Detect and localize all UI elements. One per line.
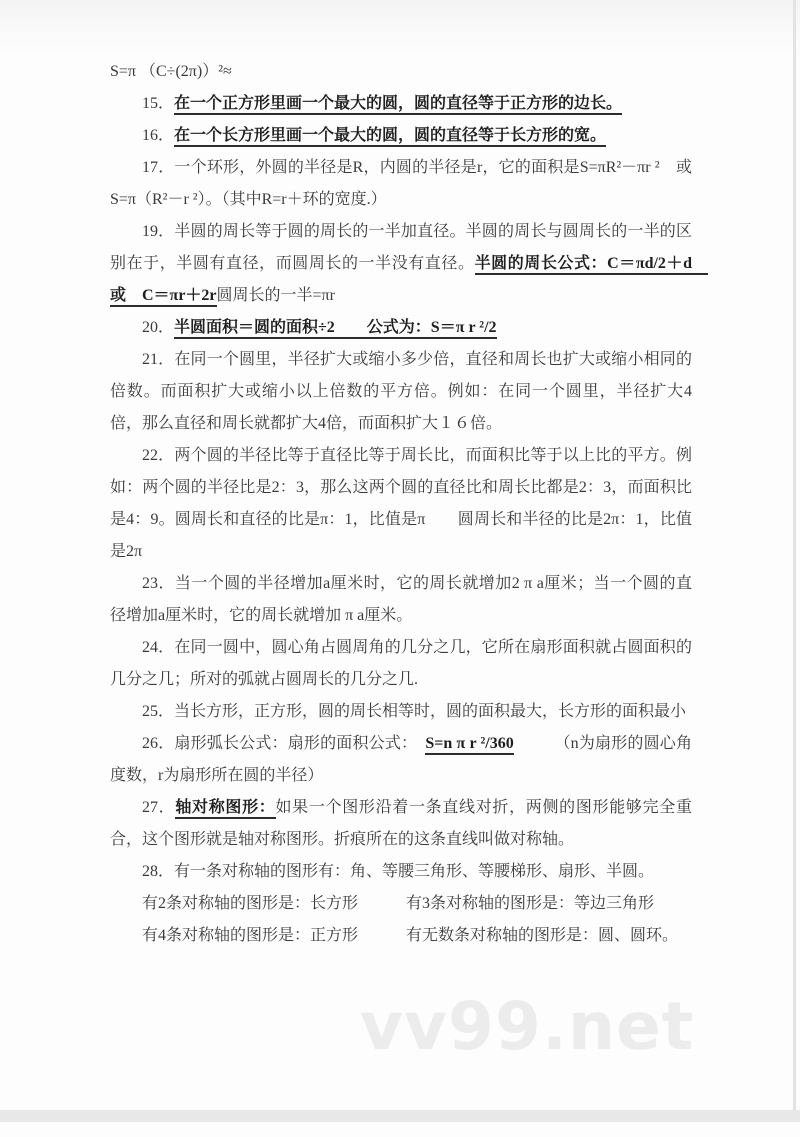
scan-top-shadow [0, 0, 800, 54]
text-segment: 轴对称图形： [175, 799, 275, 819]
paragraph: 21．在同一个圆里，半径扩大或缩小多少倍，直径和周长也扩大或缩小相同的倍数。而面… [110, 344, 692, 440]
text-segment: 24．在同一圆中，圆心角占圆周角的几分之几，它所在扇形面积就占圆面积的几分之几；… [110, 639, 692, 688]
paragraph: 23．当一个圆的半径增加a厘米时，它的周长就增加2 π a厘米；当一个圆的直径增… [110, 568, 692, 632]
text-segment: 在一个长方形里画一个最大的圆，圆的直径等于长方形的宽。 [174, 127, 606, 147]
text-segment: 16． [142, 127, 174, 144]
paragraph: 20．半圆面积＝圆的面积÷2 公式为：S＝π r ²/2 [110, 312, 692, 344]
paragraph: 19．半圆的周长等于圆的周长的一半加直径。半圆的周长与圆周长的一半的区别在于，半… [110, 216, 692, 312]
scan-bottom-band [0, 1110, 800, 1122]
watermark: vv99.net [360, 988, 694, 1065]
text-segment: 28．有一条对称轴的图形有：角、等腰三角形、等腰梯形、扇形、半圆。 [142, 863, 654, 880]
text-segment: 在一个正方形里画一个最大的圆，圆的直径等于正方形的边长。 [174, 95, 622, 115]
paragraph: 28．有一条对称轴的图形有：角、等腰三角形、等腰梯形、扇形、半圆。 [110, 856, 692, 888]
document-body: S=π （C÷(2π)）²≈15．在一个正方形里画一个最大的圆，圆的直径等于正方… [110, 56, 692, 952]
text-segment: 15． [142, 95, 174, 112]
text-segment: 半圆面积＝圆的面积÷2 公式为：S＝π r ²/2 [174, 319, 497, 339]
text-segment: 21．在同一个圆里，半径扩大或缩小多少倍，直径和周长也扩大或缩小相同的倍数。而面… [110, 351, 692, 432]
paragraph: 22．两个圆的半径比等于直径比等于周长比，而面积比等于以上比的平方。例如：两个圆… [110, 440, 692, 568]
paragraph: 15．在一个正方形里画一个最大的圆，圆的直径等于正方形的边长。 [110, 88, 692, 120]
text-segment: 20． [142, 319, 174, 336]
text-segment: 有4条对称轴的图形是：正方形 有无数条对称轴的图形是：圆、圆环。 [142, 927, 678, 944]
scanned-document-page: S=π （C÷(2π)）²≈15．在一个正方形里画一个最大的圆，圆的直径等于正方… [0, 0, 800, 1137]
text-segment: 26．扇形弧长公式：扇形的面积公式： [142, 735, 425, 752]
paragraph: 24．在同一圆中，圆心角占圆周角的几分之几，它所在扇形面积就占圆面积的几分之几；… [110, 632, 692, 696]
text-segment: S=π （C÷(2π)）²≈ [110, 63, 232, 80]
paragraph: 有2条对称轴的图形是：长方形 有3条对称轴的图形是：等边三角形 [110, 888, 692, 920]
text-segment: 圆周长的一半=πr [217, 287, 335, 304]
paragraph: 27．轴对称图形：如果一个图形沿着一条直线对折，两侧的图形能够完全重合，这个图形… [110, 792, 692, 856]
text-segment: S=n π r ²/360 [425, 735, 513, 755]
text-segment: 22．两个圆的半径比等于直径比等于周长比，而面积比等于以上比的平方。例如：两个圆… [110, 447, 692, 560]
paragraph: 16．在一个长方形里画一个最大的圆，圆的直径等于长方形的宽。 [110, 120, 692, 152]
paragraph: 25．当长方形，正方形，圆的周长相等时，圆的面积最大，长方形的面积最小 [110, 696, 692, 728]
text-segment: 23．当一个圆的半径增加a厘米时，它的周长就增加2 π a厘米；当一个圆的直径增… [110, 575, 692, 624]
paragraph: 26．扇形弧长公式：扇形的面积公式： S=n π r ²/360 （n为扇形的圆… [110, 728, 692, 792]
text-segment: 27． [142, 799, 175, 816]
scan-right-edge-line [793, 0, 796, 1122]
paragraph: 17．一个环形，外圆的半径是R，内圆的半径是r，它的面积是S=πR²－πr ² … [110, 152, 692, 216]
paragraph: 有4条对称轴的图形是：正方形 有无数条对称轴的图形是：圆、圆环。 [110, 920, 692, 952]
text-segment: 17．一个环形，外圆的半径是R，内圆的半径是r，它的面积是S=πR²－πr ² … [110, 159, 708, 208]
text-segment: 有2条对称轴的图形是：长方形 有3条对称轴的图形是：等边三角形 [142, 895, 654, 912]
text-segment: 25．当长方形，正方形，圆的周长相等时，圆的面积最大，长方形的面积最小 [142, 703, 686, 720]
paragraph: S=π （C÷(2π)）²≈ [110, 56, 692, 88]
